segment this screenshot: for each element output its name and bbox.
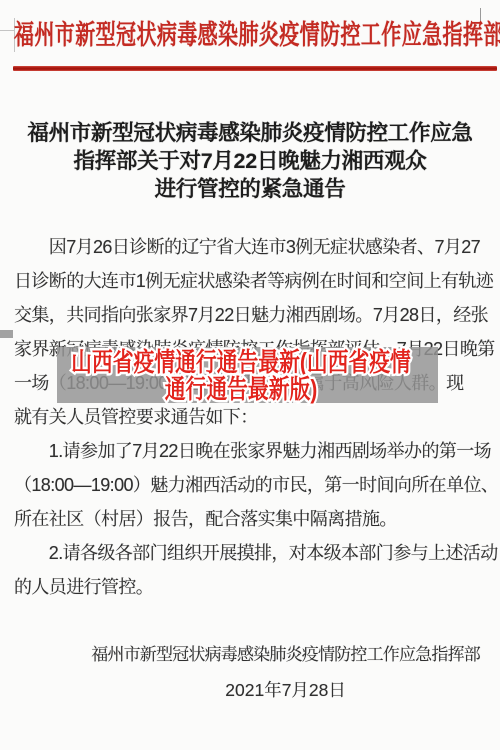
watermark-line-2: 通行通告最新版) 通行通告最新版) [48, 375, 434, 402]
watermark-line-1: 山西省疫情通行通告最新(山西省疫情 山西省疫情通行通告最新(山西省疫情 [48, 348, 434, 375]
watermark-fill: 通行通告最新版) [165, 374, 318, 404]
notice-title: 福州市新型冠状病毒感染肺炎疫情防控工作应急指挥部关于对7月22日晚魅力湘西观众进… [0, 119, 500, 203]
notice-body-line: 的人员进行管控。 [14, 570, 486, 604]
photo-edge-mark [0, 30, 15, 31]
signature-date: 2021年7月28日 [91, 679, 480, 701]
notice-body: 因7月26日诊断的辽宁省大连市3例无症状感染者、7月27日诊断的大连市1例无症状… [14, 230, 486, 604]
notice-body-line: 1.请参加了7月22日晚在张家界魅力湘西剧场举办的第一场 [14, 434, 486, 468]
notice-title-line: 福州市新型冠状病毒感染肺炎疫情防控工作应急 [0, 119, 500, 147]
notice-body-line: 因7月26日诊断的辽宁省大连市3例无症状感染者、7月27 [14, 230, 486, 264]
notice-body-line: 就有关人员管控要求通告如下： [14, 400, 486, 434]
notice-body-line: 日诊断的大连市1例无症状感染者等病例在时间和空间上有轨迹 [14, 264, 486, 298]
watermark-text: 山西省疫情通行通告最新(山西省疫情 山西省疫情通行通告最新(山西省疫情 通行通告… [0, 348, 482, 402]
photo-artifact [0, 330, 13, 338]
watermark-fill: 山西省疫情通行通告最新(山西省疫情 [71, 347, 411, 377]
header-org-text: 福州市新型冠状病毒感染肺炎疫情防控工作应急指挥部 [14, 13, 500, 52]
signature-block: 福州市新型冠状病毒感染肺炎疫情防控工作应急指挥部 2021年7月28日 [91, 644, 480, 701]
notice-body-line: （18:00—19:00）魅力湘西活动的市民，第一时间向所在单位、 [14, 468, 486, 502]
signature-org: 福州市新型冠状病毒感染肺炎疫情防控工作应急指挥部 [91, 644, 480, 666]
notice-body-line: 交集，共同指向张家界7月22日魅力湘西剧场。7月28日，经张 [14, 298, 486, 332]
notice-body-line: 所在社区（村居）报告，配合落实集中隔离措施。 [14, 502, 486, 536]
red-divider-line [13, 66, 497, 71]
notice-photo: 福州市新型冠状病毒感染肺炎疫情防控工作应急指挥部 福州市新型冠状病毒感染肺炎疫情… [0, 0, 500, 750]
notice-title-line: 指挥部关于对7月22日晚魅力湘西观众 [0, 147, 500, 175]
notice-body-line: 2.请各级各部门组织开展摸排，对本级本部门参与上述活动 [14, 536, 486, 570]
header-org-banner: 福州市新型冠状病毒感染肺炎疫情防控工作应急指挥部 [14, 13, 500, 52]
notice-title-line: 进行管控的紧急通告 [0, 175, 500, 203]
